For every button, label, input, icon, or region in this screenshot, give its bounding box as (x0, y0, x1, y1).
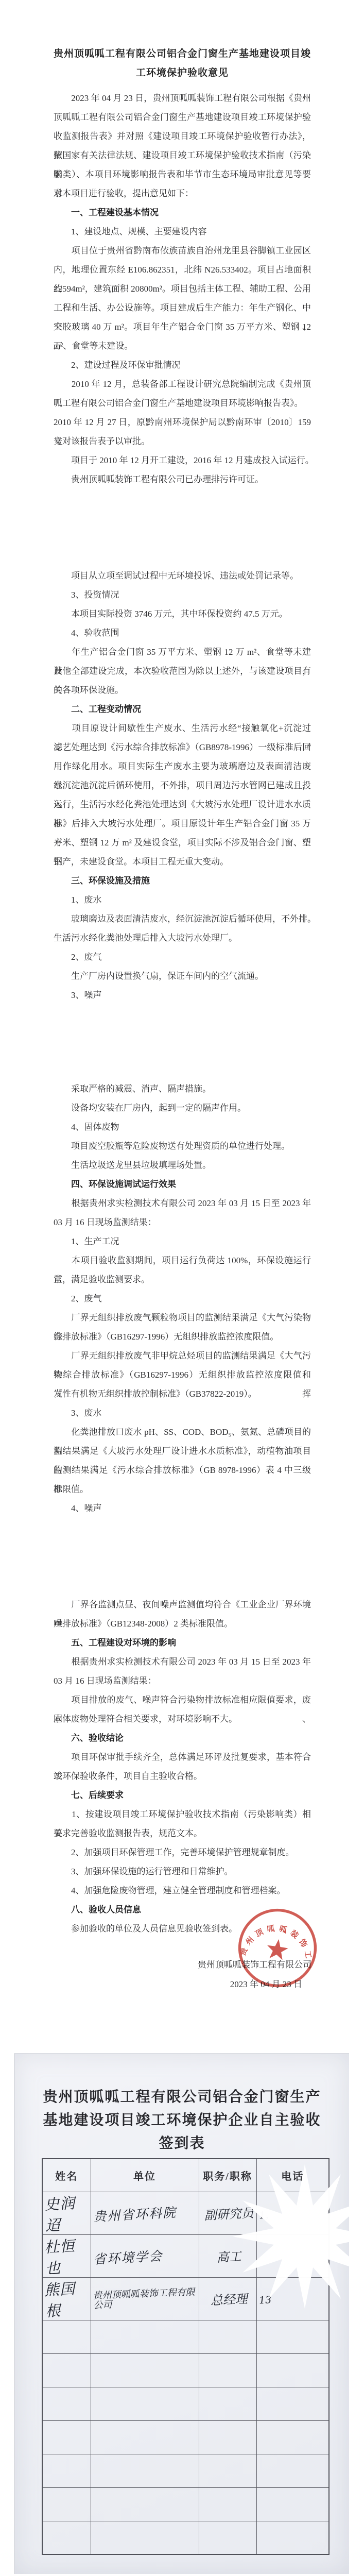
doc-line: 2、加强项目环保管理工作，完善环境保护管理规章制度。 (54, 1843, 311, 1862)
doc-line: 2010 年 12 月 27 日，原黔南州环境保护局以黔南环审〔2010〕159… (54, 413, 311, 432)
doc-line: 生产，未建设食堂。本项目工程无重大变动。 (54, 852, 311, 871)
doc-line: 4、固体废物 (54, 1117, 311, 1137)
doc-line: 项目于 2010 年 12 月开工建设，2016 年 12 月建成投入试运行。 (54, 451, 311, 470)
signin-header-row: 姓名 单位 职务/职称 电话 (42, 2159, 329, 2192)
doc-line: 二、工程变动情况 (54, 700, 311, 719)
doc-line: 照国家有关法律法规、建设项目竣工环境保护验收技术指南（污染影 (54, 146, 311, 165)
doc-line: 测结果满足《大坡污水处理厂设计进水水质标准》，动植物油项目的 (54, 1442, 311, 1461)
doc-line: 合排放标准》（GB16297-1996）无组织排放监控浓度限值。 (54, 1327, 311, 1346)
doc-line: 2、废气 (54, 1289, 311, 1308)
doc-line: 收监测报告表》并对照《建设项目竣工环境保护验收暂行办法》，依 (54, 127, 311, 146)
doc-line: 厂界各监测点昼、夜间噪声监测值均符合《工业企业厂界环境噪 (54, 1595, 311, 1614)
doc-line: 本项目实际投资 3746 万元，其中环保投资约 47.5 万元。 (54, 604, 311, 623)
doc-line: 要求完善验收监测报告表，规范文本。 (54, 1824, 311, 1843)
doc-line: 1、废水 (54, 890, 311, 909)
doc-line: 内，地理位置东经 E106.862351，北纬 N26.533402。项目占地面… (54, 260, 311, 279)
doc-line: 的各项环保设施。 (54, 681, 311, 700)
doc-line: 03 月 16 日现场监测结果： (54, 1671, 311, 1690)
doc-line: 设备均安装在厂房内，起到一定的隔声作用。 (54, 1098, 311, 1117)
doc-line: 03 月 16 日现场监测结果： (54, 1213, 311, 1232)
signin-row: 史润迢贵州省环科院副研究员1， (42, 2192, 329, 2234)
signee-unit: 贵州顶呱呱装饰工程有限公司 (91, 2287, 199, 2310)
signee-phone: 13 (256, 2291, 328, 2306)
signee-name: 熊国根 (42, 2277, 91, 2320)
signin-row: 熊国根贵州顶呱呱装饰工程有限公司总经理13 (42, 2277, 329, 2320)
doc-line: 项目位于贵州省黔南布依族苗族自治州龙里县谷脚镇工业园区 (54, 241, 311, 260)
doc-line: 3、废水 (54, 1403, 311, 1422)
doc-line: 厂界无组织排放废气颗粒物项目的监测结果满足《大气污染物综 (54, 1308, 311, 1327)
doc-line: 项目原设计间歇性生产废水、生活污水经“接触氧化+沉淀过滤” (54, 719, 311, 738)
doc-line: 2023 年 04 月 23 日，贵州顶呱呱装饰工程有限公司根据《贵州 (54, 89, 311, 108)
document-title-line1: 贵州顶呱呱工程有限公司铝合金门窗生产基地建设项目竣 (54, 44, 311, 63)
acceptance-opinion-document: 贵州顶呱呱工程有限公司铝合金门窗生产基地建设项目竣 工环境保护验收意见 2023… (54, 0, 311, 1938)
doc-line: 物综合排放标准》（GB16297-1996）无组织排放监控浓度限值和《挥 (54, 1365, 311, 1384)
doc-line: 1、按建设项目竣工环境保护验收技术指南（污染影响类）相关 (54, 1805, 311, 1824)
signin-empty-row (42, 2487, 329, 2521)
document-body: 2023 年 04 月 23 日，贵州顶呱呱装饰工程有限公司根据《贵州顶呱呱工程… (54, 89, 311, 1938)
doc-line: 声排放标准》（GB12348-2008）2 类标准限值。 (54, 1614, 311, 1633)
doc-line: 4、噪声 (54, 1499, 311, 1518)
doc-line: 三、环保设施及措施 (54, 871, 311, 890)
signin-empty-row (42, 2320, 329, 2353)
doc-line: 顶呱呱工程有限公司铝合金门窗生产基地建设项目竣工环境保护验 (54, 108, 311, 127)
document-title: 贵州顶呱呱工程有限公司铝合金门窗生产基地建设项目竣 工环境保护验收意见 (54, 44, 311, 82)
doc-line: 根据贵州求实检测技术有限公司 2023 年 03 月 15 日至 2023 年 (54, 1194, 311, 1213)
doc-line: 2010 年 12 月，总装备部工程设计研究总院编制完成《贵州顶呱 (54, 375, 311, 394)
doc-line: 夹胶玻璃 40 万 m²。项目年生产铝合金门窗 35 万平方米、塑钢 12 万 (54, 317, 311, 336)
doc-line: 根据贵州求实检测技术有限公司 2023 年 03 月 15 日至 2023 年 (54, 1652, 311, 1671)
doc-line: 1、生产工况 (54, 1232, 311, 1251)
doc-line: 2、建设过程及环保审批情况 (54, 355, 311, 375)
doc-line: 一、工程建设基本情况 (54, 203, 311, 222)
doc-line: 工艺处理达到《污水综合排放标准》（GB8978-1996）一级标准后回 (54, 738, 311, 757)
signin-empty-row (42, 2454, 329, 2487)
doc-line: 工程和生活、办公设施等。项目建成后生产能力：年生产钢化、中空、 (54, 298, 311, 317)
doc-line: 生活污水经化粪池处理后排入大坡污水处理厂。 (54, 928, 311, 947)
doc-line: 用作绿化用水。项目实际生产废水主要为玻璃磨边及表面清洁废水， (54, 757, 311, 776)
signee-job-title: 总经理 (199, 2288, 256, 2309)
doc-line: 项目环保审批手续齐全，总体满足环评及批复要求，基本符合竣 (54, 1748, 311, 1767)
signin-table: 姓名 单位 职务/职称 电话 史润迢贵州省环科院副研究员1，杜恒也省环境学会高工… (42, 2158, 330, 2555)
signin-empty-row (42, 2521, 329, 2554)
doc-line: 准限值。 (54, 1480, 311, 1499)
doc-line: 呱工程有限公司铝合金门窗生产基地建设项目环境影响报告表》。 (54, 394, 311, 413)
signee-unit: 省环境学会 (91, 2244, 199, 2268)
signee-phone: 1， (256, 2204, 329, 2222)
signin-empty-row (42, 2420, 329, 2454)
doc-line: 方米、塑钢 12 万 m² 及建设食堂，项目实际不涉及铝合金门窗、塑钢 (54, 833, 311, 852)
doc-line: 对本项目进行验收，提出意见如下： (54, 184, 311, 203)
doc-line: 4、验收范围 (54, 623, 311, 642)
doc-line: 经沉淀池沉淀后循环使用，不外排，项目周边污水管网已建成且投入 (54, 776, 311, 795)
doc-line: 贵州顶呱呱装饰工程有限公司已办理排污许可证。 (54, 470, 311, 489)
doc-line: 22594m²，建筑面积 20800m²。项目包括主体工程、辅助工程、公用 (54, 279, 311, 298)
doc-line: 3、噪声 (54, 986, 311, 1005)
doc-line: 五、工程建设对环境的影响 (54, 1633, 311, 1652)
doc-line: 六、验收结论 (54, 1728, 311, 1748)
signee-name: 史润迢 (42, 2192, 91, 2234)
signee-name: 杜恒也 (42, 2234, 91, 2277)
doc-line: 3、加强环保设施的运行管理和日常维护。 (54, 1862, 311, 1881)
signin-title-line1: 贵州顶呱呱工程有限公司铝合金门窗生产 (15, 2086, 349, 2109)
doc-line: 四、环保设施调试运行效果 (54, 1175, 311, 1194)
column-header-phone: 电话 (256, 2159, 329, 2192)
signee-job-title: 高工 (199, 2245, 256, 2266)
doc-line: 七、后续要求 (54, 1786, 311, 1805)
signin-title-line2: 基地建设项目竣工环境保护企业自主验收 (15, 2109, 349, 2132)
signin-empty-row (42, 2353, 329, 2387)
doc-line: 厂界无组织排放废气非甲烷总烃项目的监测结果满足《大气污染 (54, 1346, 311, 1365)
doc-line: 4、加强危险废物管理，建立健全管理制度和管理档案。 (54, 1881, 311, 1900)
signin-sheet-photo: 贵州顶呱呱工程有限公司铝合金门窗生产 基地建设项目竣工环境保护企业自主验收 签到… (14, 2053, 349, 2574)
doc-line: 项目排放的废气、噪声符合污染物排放标准相应限值要求，废水、 (54, 1690, 311, 1709)
doc-line: 项目从立项至调试过程中无环境投诉、违法或处罚记录等。 (54, 566, 311, 585)
signin-title-line3: 签到表 (15, 2132, 349, 2155)
column-header-job: 职务/职称 (199, 2159, 256, 2192)
signee-phone (257, 2254, 328, 2258)
doc-line: 工环保验收条件，项目自主验收合格。 (54, 1767, 311, 1786)
doc-line: 常，满足验收监测要求。 (54, 1270, 311, 1289)
signee-job-title: 副研究员 (199, 2202, 256, 2224)
doc-line: 本项目验收监测期间，项目运行负荷达 100%，环保设施运行正 (54, 1251, 311, 1270)
signin-empty-row (42, 2387, 329, 2420)
doc-line: 准》后排入大坡污水处理厂。项目原设计年生产铝合金门窗 35 万平 (54, 814, 311, 833)
doc-line: 监测结果满足《污水综合排放标准》（GB 8978-1996）表 4 中三级标 (54, 1461, 311, 1480)
column-header-unit: 单位 (91, 2159, 199, 2192)
company-seal-stamp: 贵州顶呱呱装饰工程有限公司 (231, 1901, 325, 1995)
doc-line: 文对该报告表予以审批。 (54, 432, 311, 451)
doc-line: 玻璃磨边及表面清洁废水，经沉淀池沉淀后循环使用，不外排。 (54, 909, 311, 928)
doc-line: 采取严格的减震、消声、隔声措施。 (54, 1079, 311, 1098)
doc-line: 生产厂房内设置换气扇，保证车间内的空气流通。 (54, 967, 311, 986)
doc-line: 1、建设地点、规模、主要建设内容 (54, 222, 311, 241)
doc-line: 其他全部建设完成，本次验收范围为除以上述外，与该建设项目有关 (54, 662, 311, 681)
doc-line: 3、投资情况 (54, 585, 311, 604)
signin-row: 杜恒也省环境学会高工 (42, 2234, 329, 2277)
doc-line: 运行，生活污水经化粪池处理达到《大坡污水处理厂设计进水水质标 (54, 795, 311, 814)
signee-unit: 贵州省环科院 (91, 2201, 199, 2225)
signin-title: 贵州顶呱呱工程有限公司铝合金门窗生产 基地建设项目竣工环境保护企业自主验收 签到… (15, 2086, 349, 2155)
doc-line: 项目废空胶瓶等危险废物送有处理资质的单位进行处理。 (54, 1137, 311, 1156)
doc-line: 2、废气 (54, 947, 311, 967)
doc-line: 年生产铝合金门窗 35 万平方米、塑钢 12 万 m²、食堂等未建设， (54, 642, 311, 662)
doc-line: 生活垃圾送龙里县垃圾填埋场处置。 (54, 1156, 311, 1175)
doc-line: 响类）、本项目环境影响报告表和毕节市生态环境局审批意见等要求 (54, 165, 311, 184)
document-title-line2: 工环境保护验收意见 (54, 63, 311, 82)
scanned-document-page: 贵州顶呱呱工程有限公司铝合金门窗生产基地建设项目竣 工环境保护验收意见 2023… (0, 0, 364, 2576)
column-header-name: 姓名 (42, 2159, 91, 2192)
doc-line: 化粪池排放口废水 pH、SS、COD、BOD₅、氨氮、总磷项目的监 (54, 1422, 311, 1442)
doc-line: m²、食堂等未建设。 (54, 336, 311, 355)
star-icon (266, 1938, 289, 1960)
